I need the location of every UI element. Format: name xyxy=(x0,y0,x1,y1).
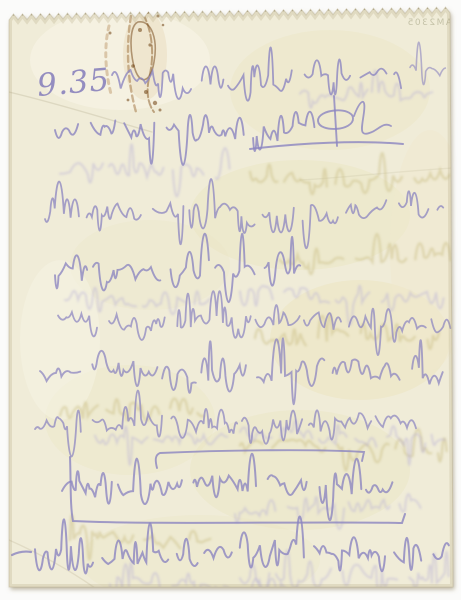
stain-speck xyxy=(153,101,157,105)
stain-speck xyxy=(148,43,151,46)
stain-speck xyxy=(159,109,162,112)
stain-speck xyxy=(116,13,119,16)
scan-background: 9.35 AM2305 xyxy=(0,0,461,600)
stain-speck xyxy=(122,9,126,13)
stain-speck xyxy=(131,64,135,68)
stain-speck xyxy=(162,24,165,27)
stain-speck xyxy=(109,32,112,35)
stain-speck xyxy=(144,90,148,94)
stain-speck xyxy=(127,99,130,102)
time-figure: 9.35 xyxy=(36,62,112,104)
handwritten-note-scan: 9.35 AM2305 xyxy=(0,0,461,600)
stain-speck xyxy=(138,28,142,32)
archival-stamp-mirrored: AM2305 xyxy=(406,18,452,28)
paper-mottle xyxy=(20,260,100,420)
stain-speck xyxy=(134,8,139,13)
